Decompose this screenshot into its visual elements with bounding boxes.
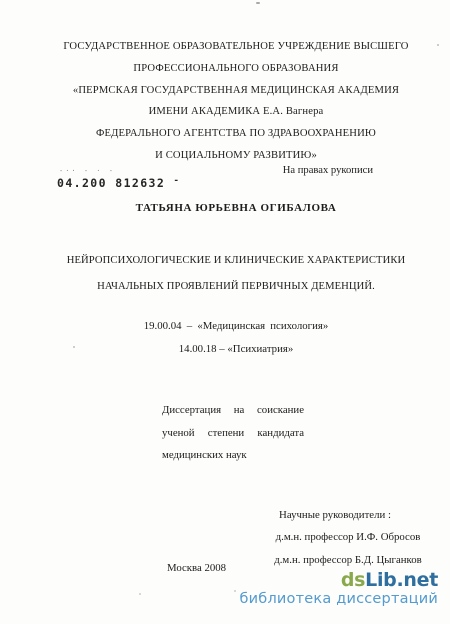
specialty-code-psychology: 19.00.04 – «Медицинская психология» — [30, 320, 442, 332]
institution-line: ПРОФЕССИОНАЛЬНОГО ОБРАЗОВАНИЯ — [30, 58, 442, 80]
dissertation-title-line: НЕЙРОПСИХОЛОГИЧЕСКИЕ И КЛИНИЧЕСКИЕ ХАРАК… — [30, 255, 442, 266]
dslib-logo-libnet: Lib.net — [365, 569, 438, 591]
scan-speck — [73, 346, 75, 348]
thesis-note-line: Диссертация на соискание — [162, 399, 304, 422]
dissertation-title-line: НАЧАЛЬНЫХ ПРОЯВЛЕНИЙ ПЕРВИЧНЫХ ДЕМЕНЦИЙ. — [30, 281, 442, 292]
stamp-suffix-mark: - — [174, 176, 179, 186]
city-year: Москва 2008 — [167, 562, 226, 574]
dslib-logo: dsLib.net — [240, 571, 438, 591]
specialty-code-psychiatry: 14.00.18 – «Психиатрия» — [30, 343, 442, 355]
manuscript-rights-note: На правах рукописи — [283, 165, 373, 176]
stamp-smudge-marks: -·· - · - — [59, 167, 115, 175]
thesis-degree-note: Диссертация на соискание ученой степени … — [162, 399, 304, 467]
institution-header: ГОСУДАРСТВЕННОЕ ОБРАЗОВАТЕЛЬНОЕ УЧРЕЖДЕН… — [30, 36, 442, 167]
dslib-watermark: dsLib.net библиотека диссертаций — [240, 571, 438, 607]
institution-line: ИМЕНИ АКАДЕМИКА Е.А. Вагнера — [30, 101, 442, 123]
institution-line: ГОСУДАРСТВЕННОЕ ОБРАЗОВАТЕЛЬНОЕ УЧРЕЖДЕН… — [30, 36, 442, 58]
supervisor-name: д.м.н. профессор Б.Д. Цыганков — [263, 549, 433, 571]
thesis-note-line: ученой степени кандидата — [162, 422, 304, 445]
institution-line: «ПЕРМСКАЯ ГОСУДАРСТВЕННАЯ МЕДИЦИНСКАЯ АК… — [30, 80, 442, 102]
supervisors-heading: Научные руководители : — [263, 504, 407, 526]
author-name: ТАТЬЯНА ЮРЬЕВНА ОГИБАЛОВА — [30, 202, 442, 214]
supervisors-block: Научные руководители : д.м.н. профессор … — [263, 504, 433, 571]
thesis-note-line: медицинских наук — [162, 444, 304, 467]
stamp-number-text: 04.200 812632 — [57, 176, 165, 190]
dslib-subtitle: библиотека диссертаций — [240, 592, 438, 607]
institution-line: И СОЦИАЛЬНОМУ РАЗВИТИЮ» — [30, 145, 442, 167]
accession-stamp-number: 04.200 812632 - — [57, 176, 179, 190]
scan-speck — [437, 44, 439, 46]
dslib-logo-ds: ds — [341, 569, 365, 591]
scan-speck — [234, 590, 236, 592]
dissertation-title-page: ГОСУДАРСТВЕННОЕ ОБРАЗОВАТЕЛЬНОЕ УЧРЕЖДЕН… — [0, 0, 450, 624]
scan-speck — [256, 2, 260, 4]
supervisor-name: д.м.н. профессор И.Ф. Обросов — [263, 526, 433, 548]
institution-line: ФЕДЕРАЛЬНОГО АГЕНТСТВА ПО ЗДРАВООХРАНЕНИ… — [30, 123, 442, 145]
scan-speck — [139, 593, 141, 595]
